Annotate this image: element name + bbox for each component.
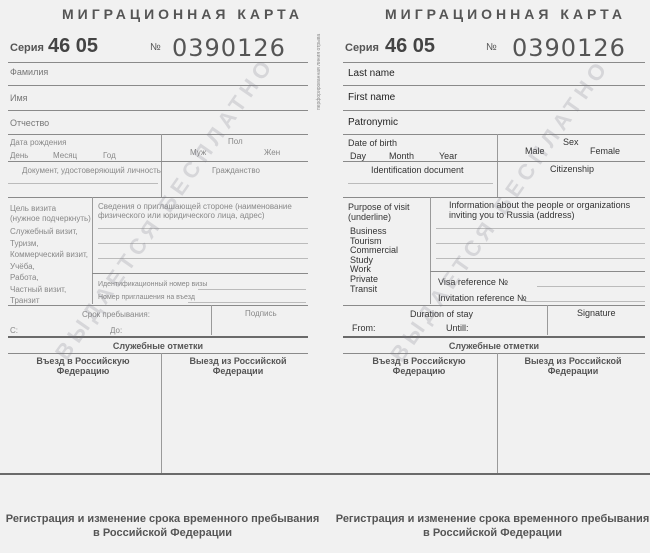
citizenship-field-right[interactable]: Citizenship — [550, 164, 594, 174]
dob-month[interactable]: Месяц — [53, 151, 77, 160]
signature-field-right[interactable]: Signature — [577, 308, 616, 318]
purpose-list: Служебный визит, Туризм, Коммерческий ви… — [10, 227, 88, 308]
dob-label-right: Date of birth — [348, 138, 397, 148]
exit-stamp-area: Выезд из Российской Федерации — [163, 356, 313, 376]
dob-year-right[interactable]: Year — [439, 151, 457, 161]
id-document-field[interactable]: Документ, удостоверяющий личность — [22, 166, 161, 175]
card-bottom-edge — [0, 473, 650, 475]
card-number: 0390126 — [172, 34, 286, 62]
stay-until-field-right[interactable]: Untill: — [446, 323, 469, 333]
purpose-option[interactable]: Учёба, — [10, 262, 88, 274]
series-number-right: 46 05 — [385, 35, 435, 58]
series-label: Серия — [10, 42, 44, 54]
sex-female[interactable]: Жен — [264, 148, 280, 157]
watermark-stamp-right: ВЫДАЕТСЯ БЕСПЛАТНО — [385, 54, 615, 367]
entry-stamp-area-right: Въезд в Российскую Федерацию — [343, 356, 495, 376]
signature-field[interactable]: Подпись — [245, 309, 277, 318]
footer-line-1: Регистрация и изменение срока временного… — [335, 512, 650, 526]
sex-female-right[interactable]: Female — [590, 146, 620, 156]
purpose-option[interactable]: Коммерческий визит, — [10, 250, 88, 262]
purpose-option[interactable]: Transit — [350, 285, 398, 295]
purpose-option[interactable]: Туризм, — [10, 239, 88, 251]
purpose-option[interactable]: Частный визит, — [10, 285, 88, 297]
purpose-label: Цель визита — [10, 204, 56, 213]
host-info-label-2: физического или юридического лица, адрес… — [98, 211, 265, 220]
last-name-field[interactable]: Last name — [348, 68, 395, 79]
dob-day[interactable]: День — [10, 151, 28, 160]
purpose-hint: (нужное подчеркнуть) — [10, 214, 91, 223]
footer-line-2: в Российской Федерации — [0, 526, 325, 540]
purpose-option[interactable]: Работа, — [10, 273, 88, 285]
entry-label: Въезд в Российскую — [8, 356, 158, 366]
entry-label-2: Федерацию — [343, 366, 495, 376]
purpose-option[interactable]: Служебный визит, — [10, 227, 88, 239]
stay-from-field-right[interactable]: From: — [352, 323, 376, 333]
entry-label-2: Федерацию — [8, 366, 158, 376]
stay-from-field[interactable]: С: — [10, 326, 18, 335]
name-field[interactable]: Имя — [10, 93, 28, 103]
dob-label: Дата рождения — [10, 138, 66, 147]
footer-line-2: в Российской Федерации — [335, 526, 650, 540]
dob-month-right[interactable]: Month — [389, 151, 414, 161]
purpose-label-right: Purpose of visit — [348, 202, 410, 212]
exit-label-2: Федерации — [499, 366, 647, 376]
host-line[interactable] — [98, 228, 308, 229]
exit-label-2: Федерации — [163, 366, 313, 376]
number-symbol: № — [150, 42, 161, 53]
footer-line-1: Регистрация и изменение срока временного… — [0, 512, 325, 526]
patronymic-field-right[interactable]: Patronymic — [348, 117, 398, 128]
first-name-field[interactable]: First name — [348, 92, 395, 103]
footer-registration: Регистрация и изменение срока временного… — [0, 512, 325, 540]
card-title: МИГРАЦИОННАЯ КАРТА — [62, 6, 303, 22]
perforation-print: перфорированная линия отрыва — [316, 34, 322, 110]
exit-label: Выезд из Российской — [499, 356, 647, 366]
entry-stamp-area: Въезд в Российскую Федерацию — [8, 356, 158, 376]
purpose-list-right: Business Tourism Commercial Study Work P… — [350, 227, 398, 294]
host-info-label: Сведения о приглашающей стороне (наимено… — [98, 202, 292, 211]
patronymic-field[interactable]: Отчество — [10, 118, 49, 128]
series-label-right: Серия — [345, 42, 379, 54]
stay-until-field[interactable]: До: — [110, 326, 122, 335]
card-number-right: 0390126 — [512, 34, 626, 62]
surname-field[interactable]: Фамилия — [10, 67, 48, 77]
purpose-hint-right: (underline) — [348, 212, 391, 222]
exit-stamp-area-right: Выезд из Российской Федерации — [499, 356, 647, 376]
dob-day-right[interactable]: Day — [350, 151, 366, 161]
number-symbol-right: № — [486, 42, 497, 53]
card-title-right: МИГРАЦИОННАЯ КАРТА — [385, 6, 626, 22]
host-line[interactable] — [436, 228, 645, 229]
exit-label: Выезд из Российской — [163, 356, 313, 366]
sex-label: Пол — [228, 137, 243, 146]
entry-label: Въезд в Российскую — [343, 356, 495, 366]
series-number: 46 05 — [48, 35, 98, 58]
footer-registration-right: Регистрация и изменение срока временного… — [335, 512, 650, 540]
citizenship-field[interactable]: Гражданство — [212, 166, 260, 175]
dob-year[interactable]: Год — [103, 151, 116, 160]
id-document-field-right[interactable]: Identification document — [371, 165, 464, 175]
host-info-label-right: Information about the people or organiza… — [449, 200, 630, 210]
